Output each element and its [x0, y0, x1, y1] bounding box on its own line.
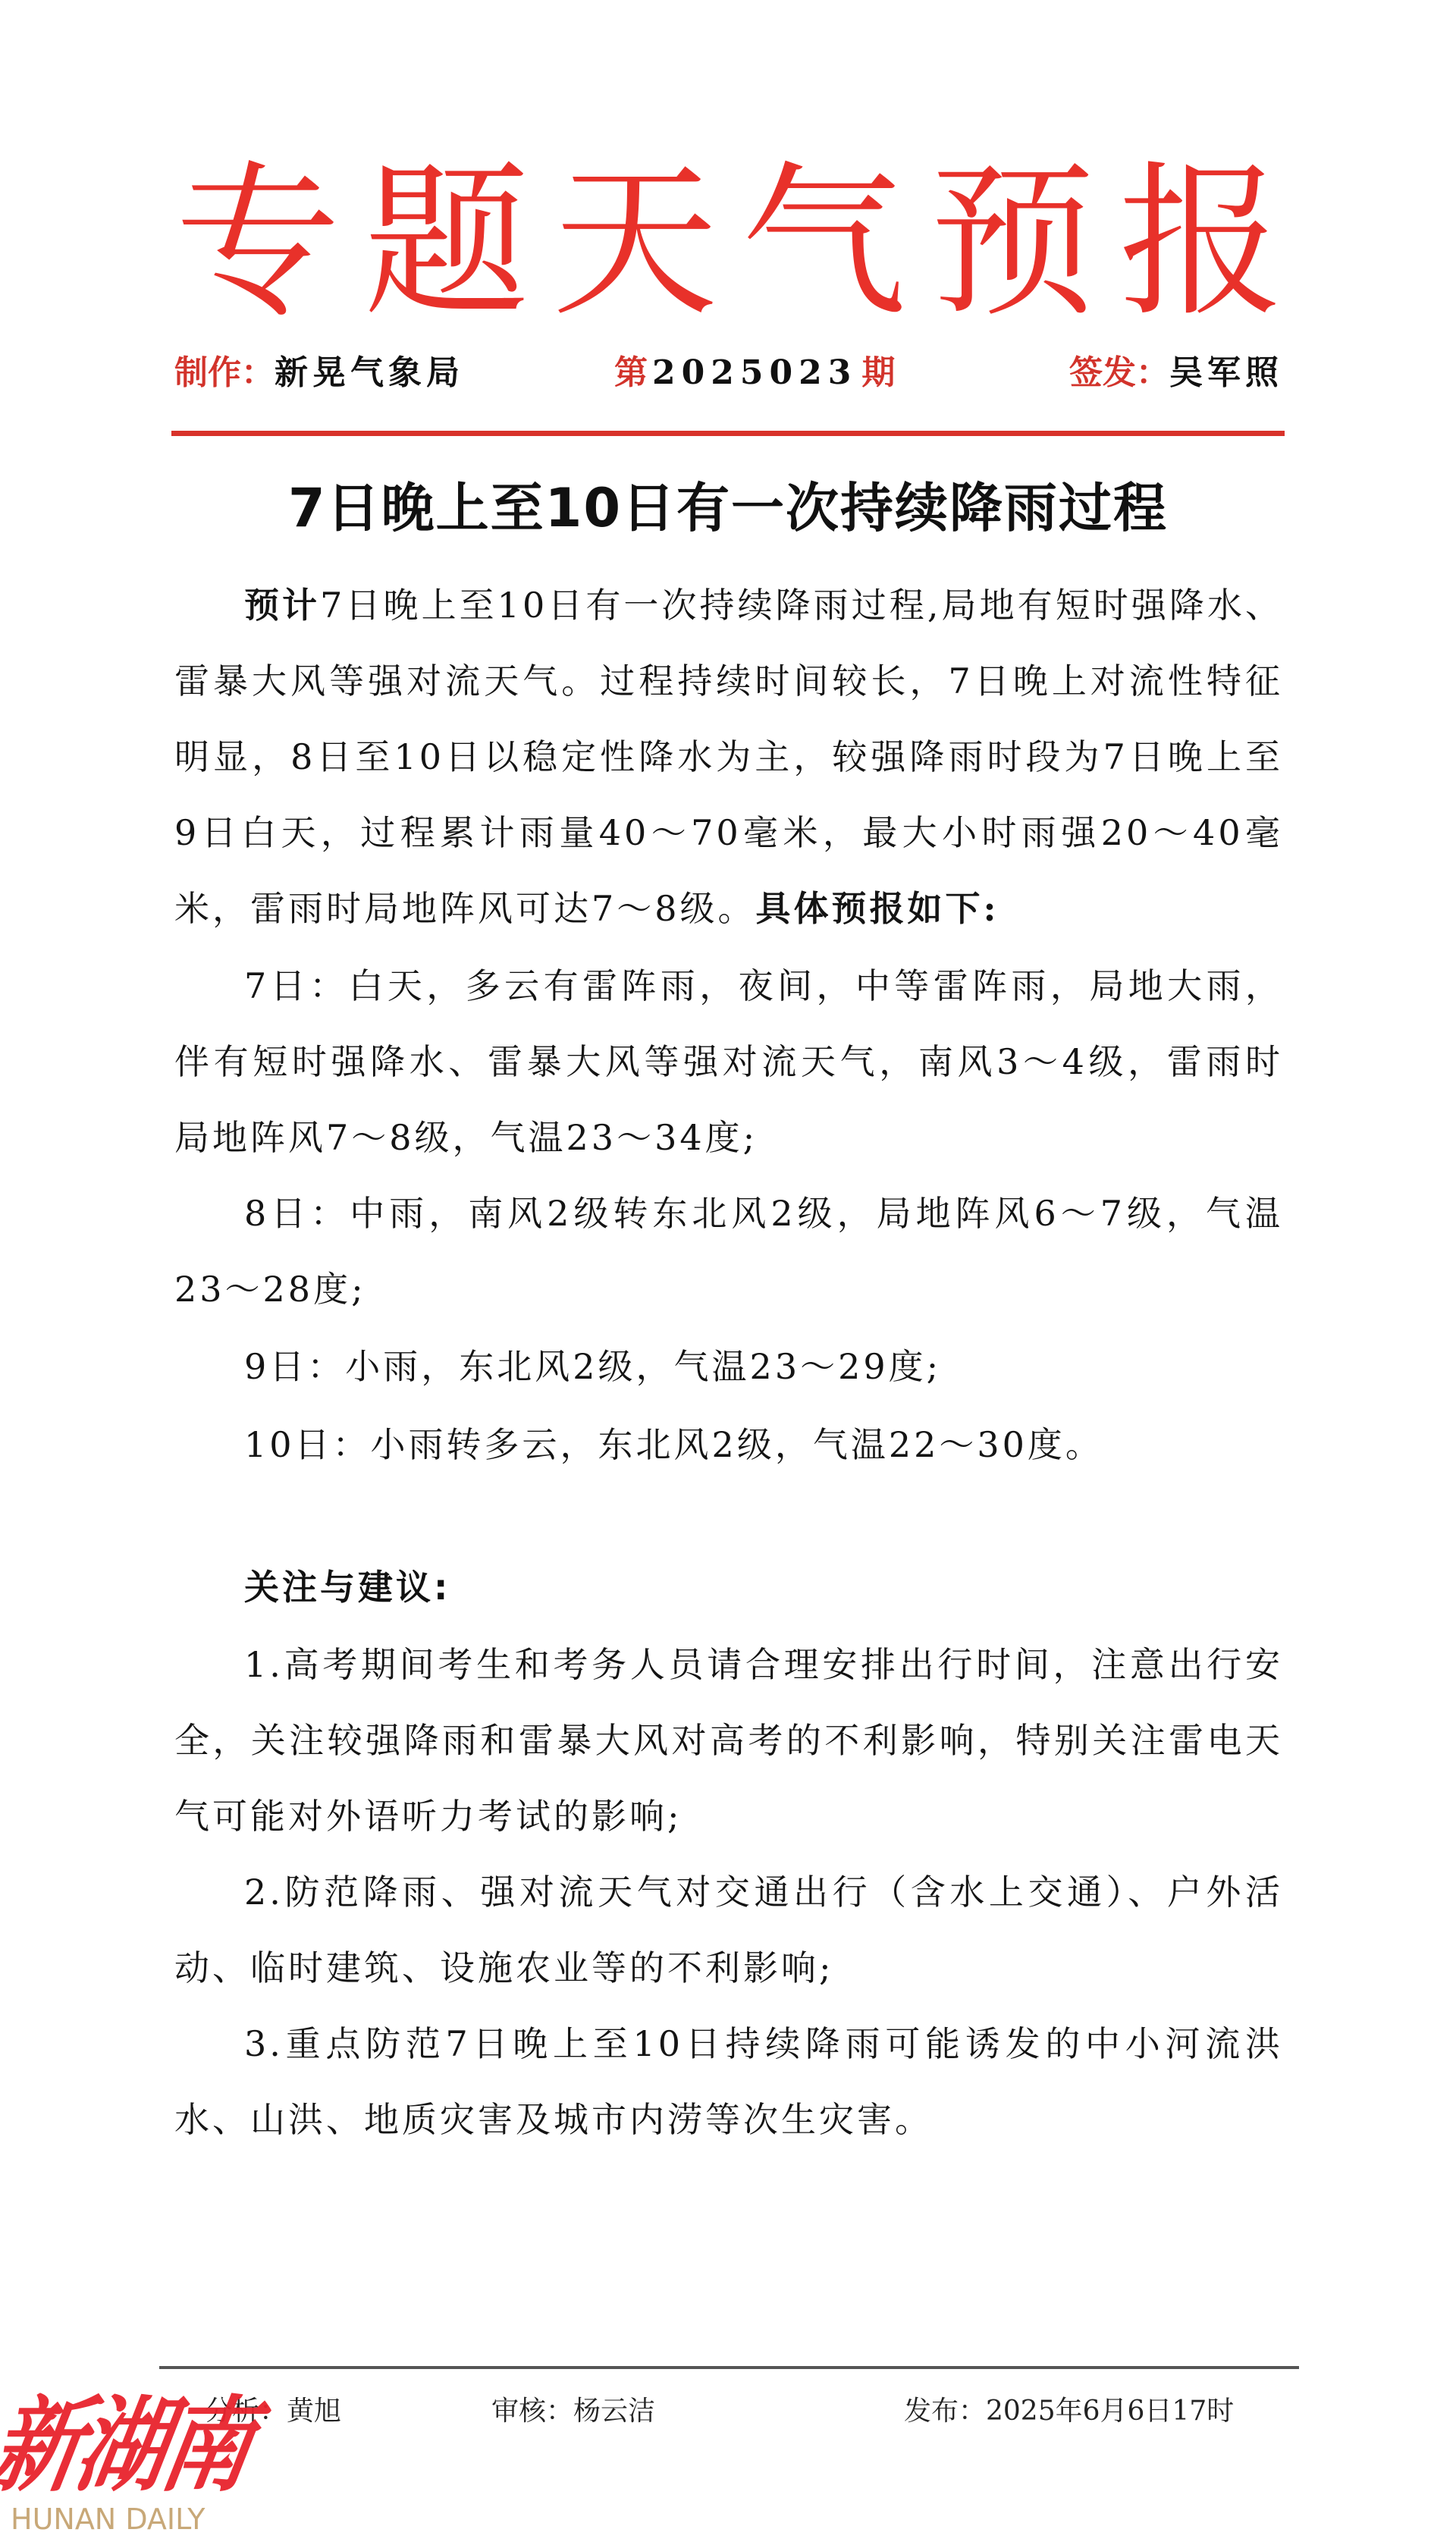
advice-item-2: 2.防范降雨、强对流天气对交通出行（含水上交通）、户外活动、临时建筑、设施农业等…	[174, 1854, 1283, 2006]
logo-chinese-wordmark: 新湖南	[0, 2389, 258, 2503]
forecast-day-label: 7日：	[244, 965, 349, 1006]
issue-suffix: 期	[861, 353, 895, 392]
advice-item-1: 1.高考期间考生和考务人员请合理安排出行时间，注意出行安全，关注较强降雨和雷暴大…	[174, 1627, 1283, 1854]
issue-number-value: 2025023	[648, 353, 861, 392]
masthead-char: 题	[357, 149, 536, 338]
forecast-day-label: 10日：	[244, 1424, 371, 1465]
logo-english-wordmark: HUNAN DAILY	[11, 2501, 205, 2537]
forecast-day-8: 8日：中雨，南风2级转东北风2级，局地阵风6～7级，气温23～28度;	[174, 1175, 1283, 1327]
advice-heading: 关注与建议:	[244, 1549, 450, 1625]
headline: 7日晚上至10日有一次持续降雨过程	[152, 470, 1304, 546]
intro-paragraph: 预计7日晚上至10日有一次持续降雨过程,局地有短时强降水、雷暴大风等强对流天气。…	[174, 567, 1283, 946]
producer-value: 新晃气象局	[275, 353, 464, 392]
forecast-day-9: 9日：小雨，东北风2级，气温23～29度;	[174, 1329, 1283, 1404]
signer: 签发：吴军照	[1069, 350, 1283, 396]
masthead-title: 专 题 天 气 预 报	[168, 149, 1291, 338]
signer-value: 吴军照	[1169, 353, 1283, 392]
footer-published: 发布：2025年6月6日17时	[904, 2389, 1234, 2434]
signer-label: 签发：	[1069, 353, 1169, 392]
issue-number: 第2025023期	[614, 350, 895, 396]
hunan-daily-logo: 新湖南 HUNAN DAILY	[0, 2389, 288, 2545]
producer-label: 制作：	[174, 353, 275, 392]
masthead-char: 天	[546, 149, 725, 338]
issue-prefix: 第	[614, 353, 648, 392]
intro-tail: 具体预报如下:	[756, 888, 999, 929]
masthead-char: 预	[923, 149, 1102, 338]
footer-reviewer: 审核：杨云洁	[491, 2389, 655, 2434]
producer: 制作：新晃气象局	[174, 350, 464, 396]
header-divider	[171, 431, 1285, 436]
forecast-day-text: 小雨转多云，东北风2级，气温22～30度。	[371, 1424, 1103, 1465]
footer-divider	[159, 2366, 1299, 2369]
intro-lead: 预计	[244, 585, 320, 626]
forecast-day-7: 7日：白天，多云有雷阵雨，夜间，中等雷阵雨，局地大雨，伴有短时强降水、雷暴大风等…	[174, 948, 1283, 1175]
forecast-day-label: 8日：	[244, 1193, 350, 1234]
forecast-day-label: 9日：	[244, 1346, 345, 1387]
masthead-char: 报	[1112, 149, 1291, 338]
masthead-char: 专	[168, 149, 347, 338]
meta-row: 制作：新晃气象局 第2025023期 签发：吴军照	[174, 350, 1283, 396]
forecast-day-text: 小雨，东北风2级，气温23～29度;	[345, 1346, 941, 1387]
masthead-char: 气	[734, 149, 913, 338]
forecast-day-10: 10日：小雨转多云，东北风2级，气温22～30度。	[174, 1407, 1283, 1483]
intro-text: 7日晚上至10日有一次持续降雨过程,局地有短时强降水、雷暴大风等强对流天气。过程…	[174, 585, 1283, 929]
advice-item-3: 3.重点防范7日晚上至10日持续降雨可能诱发的中小河流洪水、山洪、地质灾害及城市…	[174, 2006, 1283, 2157]
